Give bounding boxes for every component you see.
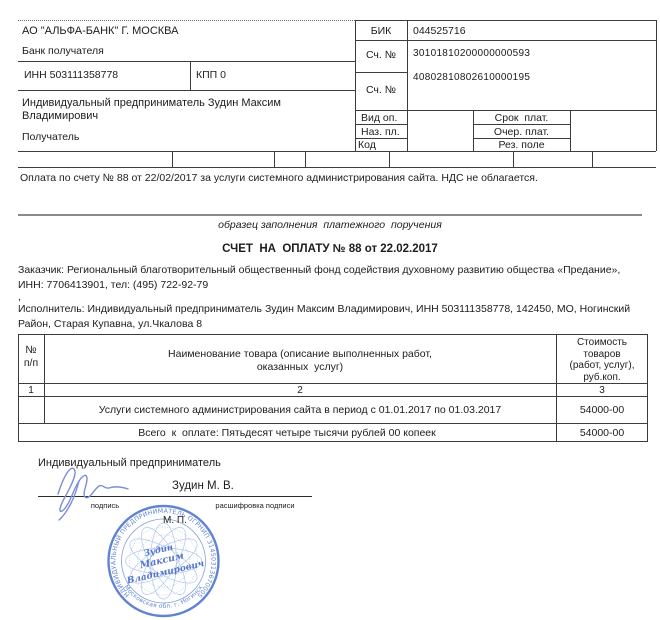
contractor-info: Исполнитель: Индивидуальный предпринимат… [18,302,632,332]
grid-line [18,167,656,168]
index-cell-num: 1 [18,384,44,397]
bank-box-dotted-line [18,20,355,21]
index-cell-name: 2 [44,384,556,397]
stamp-place-label: М. П. [163,514,187,527]
grid-line [274,151,275,167]
bik-value: 044525716 [413,25,466,38]
grid-line [305,151,306,167]
total-value: 54000-00 [556,427,648,440]
grid-line [18,423,648,424]
account-label-1: Сч. № [355,49,407,62]
grid-line [18,151,656,152]
table-row-name: Услуги системного администрирования сайт… [44,404,556,417]
grid-line [190,61,191,90]
account-label-2: Сч. № [355,84,407,97]
vid-op-label: Вид оп. [361,112,397,125]
srok-plat-label: Срок плат. [473,112,570,125]
grid-line [355,20,656,21]
col-header-num: № п/п [18,344,44,370]
invoice-title: СЧЕТ НА ОПЛАТУ № 88 от 22.02.2017 [0,243,660,256]
col-header-cost: Стоимость товаров (работ, услуг), руб.ко… [556,337,648,383]
table-row-cost: 54000-00 [556,404,648,417]
account-value-2: 40802810802610000195 [413,71,530,84]
grid-line [172,151,173,167]
grid-line [656,20,657,151]
bank-label: Банк получателя [22,45,104,58]
bik-label: БИК [355,25,407,38]
grid-line [18,61,355,62]
grid-line [592,151,593,167]
grid-line [513,151,514,167]
grid-line [355,110,656,111]
grid-line [355,40,656,41]
customer-info: Заказчик: Региональный благотворительный… [18,263,632,293]
payee-name: Индивидуальный предприниматель Зудин Мак… [22,97,352,123]
payment-purpose: Оплата по счету № 88 от 22/02/2017 за ус… [20,172,538,185]
grid-line [355,72,407,73]
account-value-1: 30101810200000000593 [413,47,530,60]
kpp-value: КПП 0 [196,69,226,82]
naz-pl-label: Наз. пл. [361,126,400,139]
col-header-name: Наименование товара (описание выполненны… [44,348,556,374]
bank-name: АО "АЛЬФА-БАНК" Г. МОСКВА [22,25,178,38]
grid-line [389,151,390,167]
grid-line [18,90,355,91]
invoice-document: АО "АЛЬФА-БАНК" Г. МОСКВА Банк получател… [0,0,660,620]
section-separator [18,214,642,216]
payee-label: Получатель [22,131,79,144]
sample-caption: образец заполнения платежного поручения [0,219,660,232]
index-cell-cost: 3 [556,384,648,397]
ocher-plat-label: Очер. плат. [473,126,570,139]
inn-value: ИНН 503111358778 [24,69,118,82]
grid-line [570,110,571,151]
total-label: Всего к оплате: Пятьдесят четыре тысячи … [18,427,556,440]
